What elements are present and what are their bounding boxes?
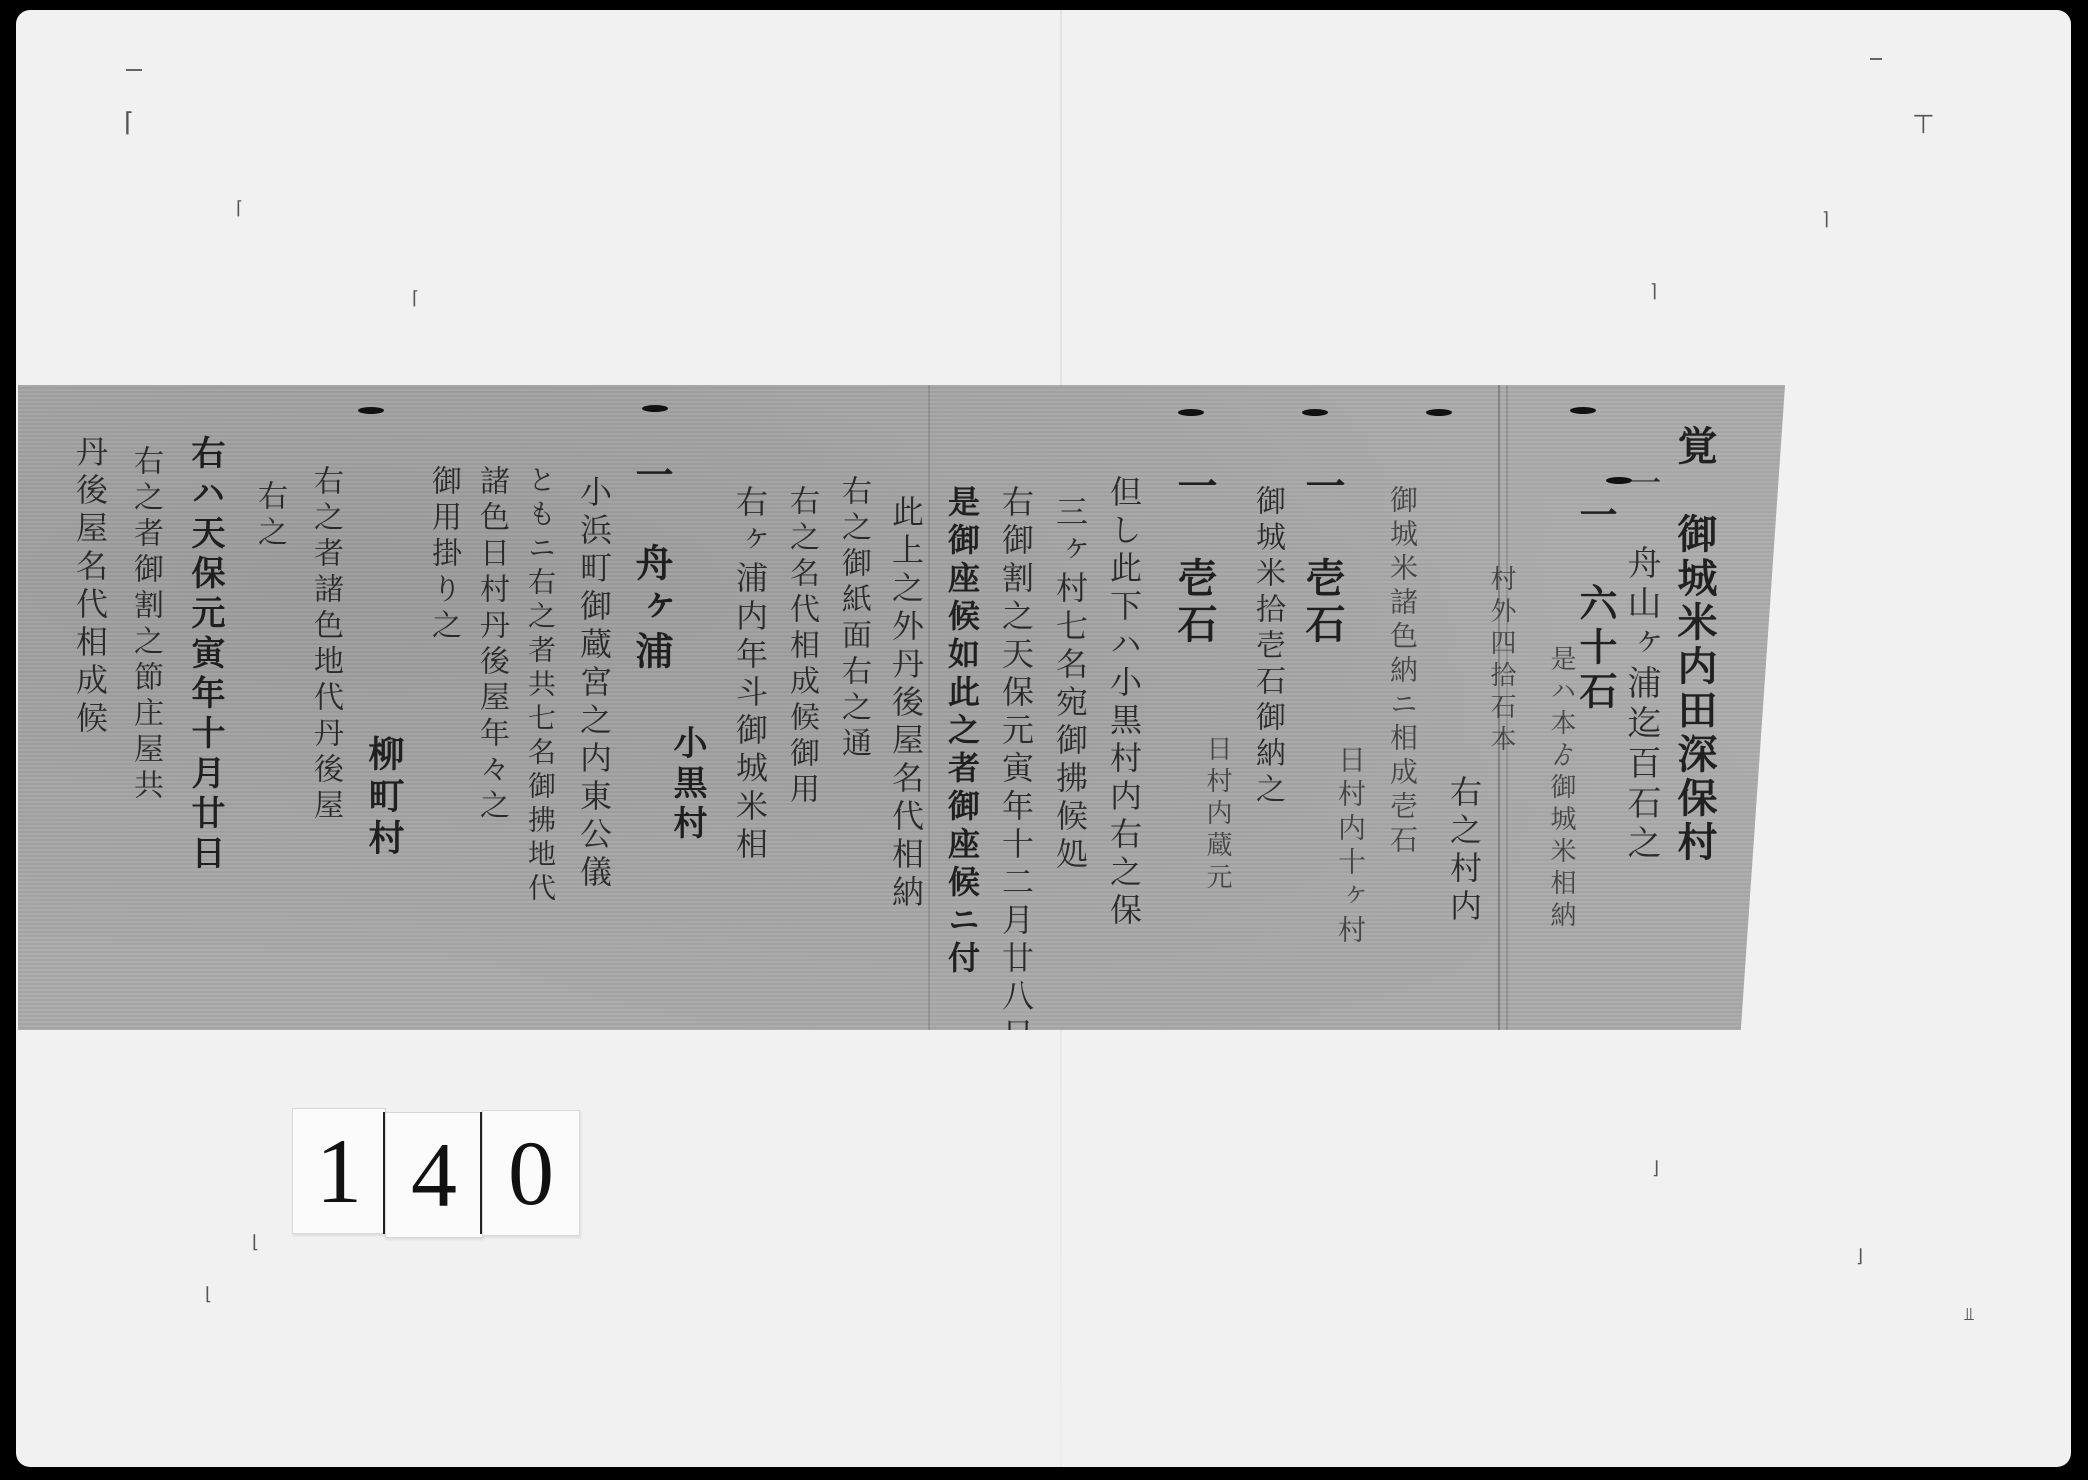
registration-mark: ⌉	[1822, 211, 1829, 229]
manuscript-column: 三ヶ村七名宛御拂候処	[1054, 495, 1086, 875]
registration-mark: ⊤	[1912, 112, 1935, 138]
manuscript-column: 右之者諸色地代丹後屋	[310, 465, 340, 825]
registration-mark: ⌊	[252, 1234, 259, 1252]
registration-mark: ⌋	[1856, 1248, 1863, 1266]
paper-seam	[928, 385, 930, 1030]
registration-mark: ⌉	[1650, 283, 1657, 301]
manuscript-column: 小黒村	[670, 725, 704, 845]
manuscript-column: 右之名代相成候御用	[786, 485, 816, 809]
registration-mark	[1870, 58, 1882, 60]
manuscript-column: 小浜町御蔵宮之内東公儀	[578, 475, 610, 893]
manuscript-column: 右之御紙面右之通	[838, 475, 868, 763]
manuscript-column: ともニ右之者共七名御拂地代	[526, 465, 554, 907]
manuscript-column: 一 舟ヶ浦	[632, 455, 670, 675]
number-tag-digit: 4	[385, 1112, 483, 1238]
registration-mark: ⌈	[236, 200, 243, 218]
registration-mark: ⌈	[412, 290, 419, 308]
manuscript-column: 右御割之天保元寅年十二月廿八日	[1000, 485, 1032, 1055]
manuscript-column: 柳町村	[366, 735, 402, 861]
manuscript-column: 但し此下ハ小黒村内右之保	[1108, 475, 1140, 931]
registration-mark: ⌈	[124, 110, 134, 136]
manuscript-column: 覚 御城米内田深保村	[1674, 425, 1714, 865]
manuscript-column: 日村内蔵元	[1204, 735, 1230, 895]
manuscript-column: 丹後屋名代相成候	[74, 435, 106, 739]
item-mark-icon	[1178, 409, 1204, 416]
manuscript-column: 是ハ本ゟ御城米相納	[1548, 645, 1574, 933]
registration-mark: ⫫	[1964, 1306, 1974, 1324]
manuscript-column: 是御座候如此之者御座候ニ付	[946, 485, 978, 979]
registration-mark: ⌋	[1652, 1160, 1659, 1178]
manuscript-column: 右之	[254, 480, 284, 552]
number-tag-digit: 0	[482, 1110, 580, 1236]
manuscript-column: 村外四拾石本	[1488, 565, 1514, 757]
registration-mark	[126, 69, 142, 71]
manuscript-column: 御用掛り之	[428, 465, 458, 645]
manuscript-column: 御城米拾壱石御納之	[1252, 485, 1282, 809]
item-mark-icon	[1570, 407, 1596, 414]
manuscript-column: 一 壱石	[1174, 465, 1214, 649]
registration-mark: ⌊	[205, 1286, 212, 1304]
manuscript-column: 右之村内	[1448, 775, 1480, 927]
manuscript-document: 覚 御城米内田深保村 一 舟山ヶ浦迄百石之 一 六十石 是ハ本ゟ御城米相納 村外…	[18, 385, 1785, 1030]
manuscript-column: 此上之外丹後屋名代相納	[890, 495, 922, 913]
item-mark-icon	[642, 405, 668, 412]
manuscript-column: 右ヶ浦内年斗御城米相	[734, 485, 766, 865]
manuscript-column: 御城米諸色納ニ相成壱石	[1388, 485, 1416, 859]
item-mark-icon	[358, 407, 384, 414]
manuscript-column: 諸色日村丹後屋年々之	[476, 465, 506, 825]
manuscript-column: 一 壱石	[1302, 465, 1342, 649]
manuscript-column: 一 舟山ヶ浦迄百石之	[1624, 465, 1658, 865]
item-mark-icon	[1302, 409, 1328, 416]
manuscript-column: 一 六十石	[1576, 495, 1614, 715]
item-mark-icon	[1426, 409, 1452, 416]
manuscript-column: 右ハ天保元寅年十月廿日	[188, 435, 222, 875]
manuscript-column: 日村内十ヶ村	[1336, 745, 1364, 949]
number-tag-digit: 1	[292, 1108, 386, 1234]
manuscript-column: 右之者御割之節庄屋共	[130, 445, 160, 805]
